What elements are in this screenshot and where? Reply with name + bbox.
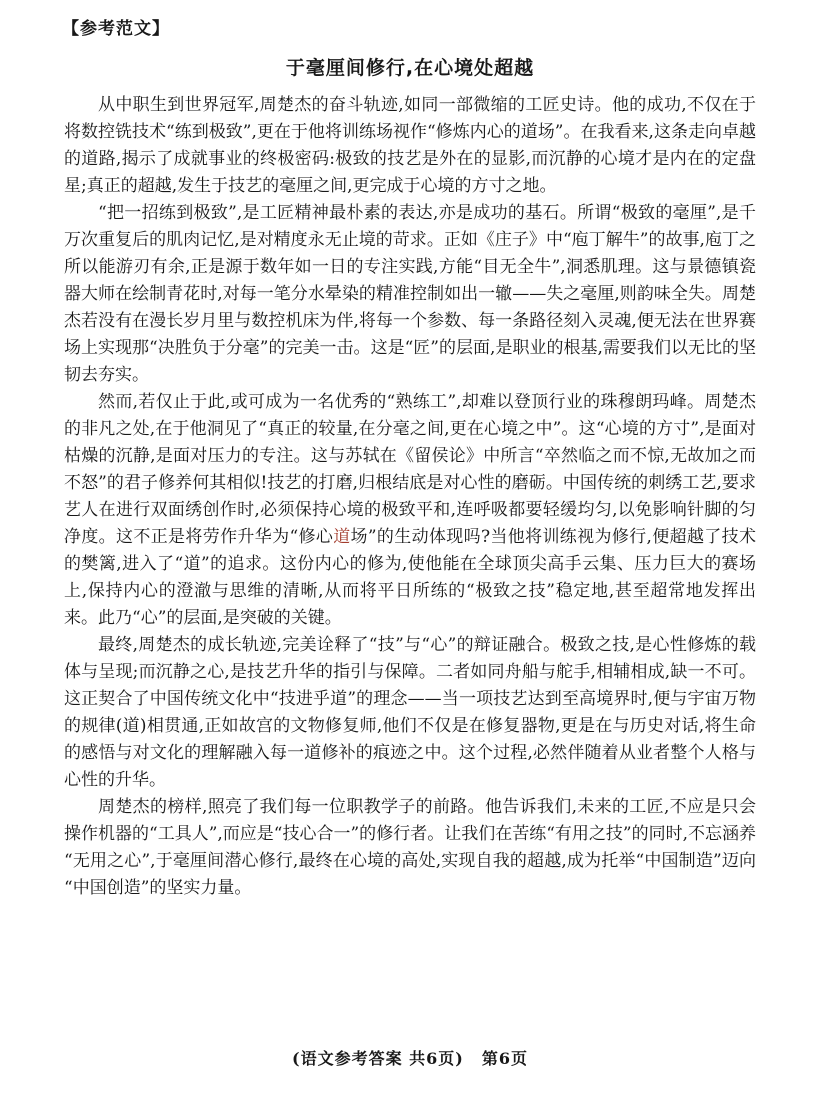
section-label: 【参考范文】 — [62, 14, 170, 39]
footer-page-number: 第6页 — [482, 1046, 528, 1069]
essay-paragraph-1: 从中职生到世界冠军,周楚杰的奋斗轨迹,如同一部微缩的工匠史诗。他的成功,不仅在于… — [64, 92, 756, 200]
essay-paragraph-3: 然而,若仅止于此,或可成为一名优秀的“熟练工”,却难以登顶行业的珠穆朗玛峰。周楚… — [64, 389, 756, 632]
footer-doc-label: (语文参考答案 共6页) — [292, 1046, 464, 1069]
essay-paragraph-2: “把一招练到极致”,是工匠精神最朴素的表达,亦是成功的基石。所谓“极致的毫厘”,… — [64, 200, 756, 389]
red-character: 道 — [333, 527, 350, 547]
essay-body: 从中职生到世界冠军,周楚杰的奋斗轨迹,如同一部微缩的工匠史诗。他的成功,不仅在于… — [64, 92, 756, 902]
essay-paragraph-5: 周楚杰的榜样,照亮了我们每一位职教学子的前路。他告诉我们,未来的工匠,不应是只会… — [64, 794, 756, 902]
page-footer: (语文参考答案 共6页)第6页 — [0, 1046, 820, 1069]
answer-sheet-page: 【参考范文】 于毫厘间修行,在心境处超越 从中职生到世界冠军,周楚杰的奋斗轨迹,… — [0, 0, 820, 1093]
paragraph-3-text-before: 然而,若仅止于此,或可成为一名优秀的“熟练工”,却难以登顶行业的珠穆朗玛峰。周楚… — [64, 392, 756, 547]
essay-paragraph-4: 最终,周楚杰的成长轨迹,完美诠释了“技”与“心”的辩证融合。极致之技,是心性修炼… — [64, 632, 756, 794]
